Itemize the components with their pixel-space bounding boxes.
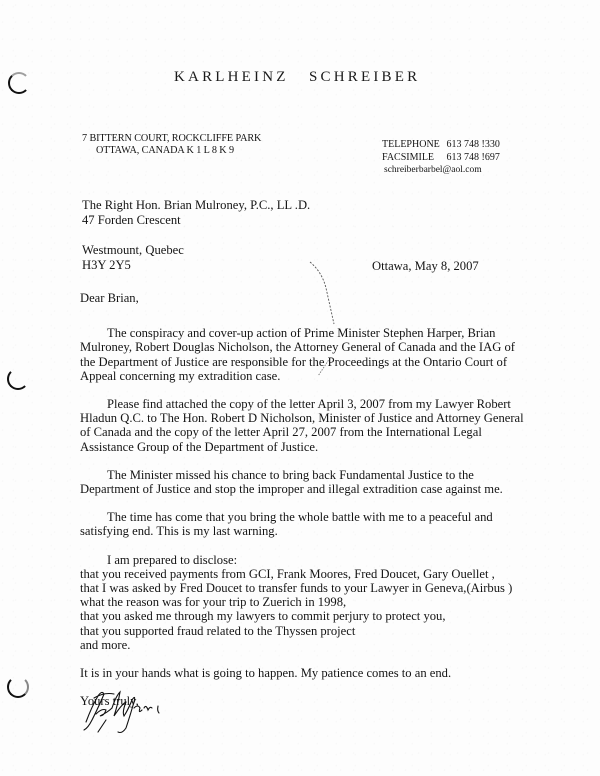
paragraph-line: Please find attached the copy of the let… bbox=[80, 397, 550, 411]
fax-row: FACSIMILE 613 748 !697 bbox=[382, 152, 500, 165]
paragraph-line: The Minister missed his chance to bring … bbox=[80, 468, 550, 482]
paragraph-line: of Canada and the copy of the letter Apr… bbox=[80, 425, 550, 439]
paragraph: The Minister missed his chance to bring … bbox=[80, 468, 550, 496]
signature-icon bbox=[78, 686, 188, 736]
sender-address: 7 BITTERN COURT, ROCKCLIFFE PARK OTTAWA,… bbox=[82, 133, 261, 157]
recipient-name: The Right Hon. Brian Mulroney, P.C., LL … bbox=[82, 198, 310, 213]
punch-hole-mark-icon bbox=[8, 72, 30, 94]
fax-value: 613 748 !697 bbox=[447, 152, 500, 163]
letterhead-first-name: KARLHEINZ bbox=[174, 69, 289, 86]
paragraph-line: Appeal concerning my extradition case. bbox=[80, 369, 550, 383]
disclosure-item: and more. bbox=[80, 638, 550, 652]
recipient-street: 47 Forden Crescent bbox=[82, 213, 310, 228]
paragraph: The conspiracy and cover-up action of Pr… bbox=[80, 326, 550, 383]
letter-date: Ottawa, May 8, 2007 bbox=[372, 259, 479, 274]
disclosure-item: what the reason was for your trip to Zue… bbox=[80, 595, 550, 609]
letter-page: KARLHEINZ SCHREIBER 7 BITTERN COURT, ROC… bbox=[0, 0, 600, 776]
telephone-row: TELEPHONE 613 748 !330 bbox=[382, 139, 500, 152]
letterhead-last-name: SCHREIBER bbox=[309, 69, 420, 86]
telephone-value: 613 748 !330 bbox=[447, 139, 500, 150]
paragraph: The time has come that you bring the who… bbox=[80, 510, 550, 538]
punch-hole-mark-icon bbox=[7, 368, 29, 390]
paragraph-line: Mulroney, Robert Douglas Nicholson, the … bbox=[80, 340, 550, 354]
disclosure-intro: I am prepared to disclose: bbox=[80, 553, 550, 567]
paragraph-line: the Department of Justice are responsibl… bbox=[80, 355, 550, 369]
paragraph: Please find attached the copy of the let… bbox=[80, 397, 550, 454]
letter-body: Dear Brian, The conspiracy and cover-up … bbox=[80, 291, 550, 708]
sender-address-line: OTTAWA, CANADA K 1 L 8 K 9 bbox=[82, 145, 261, 157]
paragraph-line: The time has come that you bring the who… bbox=[80, 510, 550, 524]
email-address: schreiberbarbel@aol.com bbox=[382, 164, 500, 177]
recipient-address: The Right Hon. Brian Mulroney, P.C., LL … bbox=[82, 198, 310, 273]
salutation: Dear Brian, bbox=[80, 291, 550, 305]
disclosure-list: I am prepared to disclose: that you rece… bbox=[80, 553, 550, 652]
sender-address-line: 7 BITTERN COURT, ROCKCLIFFE PARK bbox=[82, 133, 261, 145]
fax-label: FACSIMILE bbox=[382, 152, 444, 165]
paragraph-line: The conspiracy and cover-up action of Pr… bbox=[80, 326, 550, 340]
final-statement: It is in your hands what is going to hap… bbox=[80, 666, 550, 680]
paragraph-line: Hladun Q.C. to The Hon. Robert D Nichols… bbox=[80, 411, 550, 425]
disclosure-item: that I was asked by Fred Doucet to trans… bbox=[80, 581, 550, 595]
telephone-label: TELEPHONE bbox=[382, 139, 444, 152]
recipient-postal: H3Y 2Y5 bbox=[82, 258, 310, 273]
recipient-city: Westmount, Quebec bbox=[82, 243, 310, 258]
contact-info: TELEPHONE 613 748 !330 FACSIMILE 613 748… bbox=[382, 139, 500, 177]
paragraph-line: Assistance Group of the Department of Ju… bbox=[80, 440, 550, 454]
disclosure-item: that you asked me through my lawyers to … bbox=[80, 609, 550, 623]
punch-hole-mark-icon bbox=[7, 676, 29, 698]
disclosure-item: that you supported fraud related to the … bbox=[80, 624, 550, 638]
paragraph-line: satisfying end. This is my last warning. bbox=[80, 524, 550, 538]
paragraph-line: Department of Justice and stop the impro… bbox=[80, 482, 550, 496]
disclosure-item: that you received payments from GCI, Fra… bbox=[80, 567, 550, 581]
